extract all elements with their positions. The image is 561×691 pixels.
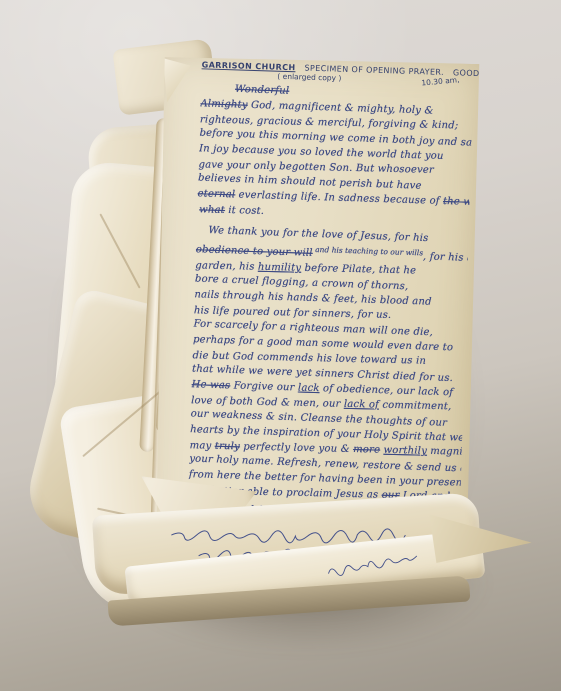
handwritten-text: lack [298,383,320,395]
handwritten-text: Forgive our [230,380,298,393]
struck-text: Almighty [200,98,248,110]
handwritten-text: lack of [344,399,379,411]
handwritten-text: may [190,440,215,452]
header-note: ( enlarged copy ) [277,72,341,83]
struck-text: what [199,204,225,216]
handwritten-text: before Pilate, that he [301,263,416,277]
struck-text: He was [191,379,230,391]
handwritten-text: magnify [427,446,462,458]
inserted-text: and his teaching to our wills [313,245,424,257]
struck-text: eternal [197,188,235,200]
struck-text: the way [443,196,470,208]
scribble-writing [325,545,446,580]
handwritten-text: humility [258,262,301,274]
page-corner-curl [161,58,190,103]
struck-text: obedience to your will [196,244,313,259]
struck-text: more [353,444,380,456]
handwritten-text: commitment, [379,400,452,413]
header-time: 10.30 am, [421,75,460,87]
handwritten-text: worthily [383,445,427,457]
struck-text: Wonderful [235,84,290,97]
struck-text: truly [215,441,240,453]
handwritten-text: it cost. [225,205,265,217]
main-manuscript-page: GARRISON CHURCH SPECIMEN OF OPENING PRAY… [145,54,482,552]
photograph-of-manuscript-stack: GARRISON CHURCH SPECIMEN OF OPENING PRAY… [0,0,561,691]
